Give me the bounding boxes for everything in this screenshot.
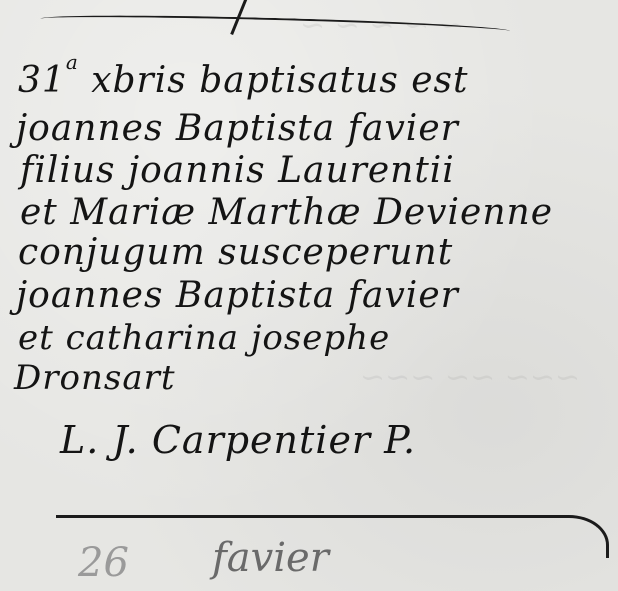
margin-surname-annotation: favier <box>212 535 329 581</box>
bleed-through-text: ~~~ ~~ ~~~ <box>360 360 580 395</box>
document-page: ~ ~ ~ ~ ~ ~~~ ~~ ~~~ 31a xbris baptisatu… <box>0 0 618 591</box>
record-line-6: joannes Baptista favier <box>16 275 459 316</box>
top-separator-line <box>40 12 510 38</box>
margin-record-number: 26 <box>78 540 129 586</box>
record-line-2: joannes Baptista favier <box>16 108 459 149</box>
record-line-4: et Mariæ Marthæ Devienne <box>20 192 553 233</box>
record-line-5: conjugum susceperunt <box>18 232 453 273</box>
priest-signature: L. J. Carpentier P. <box>60 418 416 462</box>
record-line-text: xbris baptisatus est <box>91 60 468 101</box>
record-line-1: 31a xbris baptisatus est <box>18 60 468 101</box>
record-day-superscript: a <box>66 50 79 74</box>
record-line-8: Dronsart <box>14 358 176 398</box>
record-line-7: et catharina josephe <box>18 318 390 358</box>
record-line-3: filius joannis Laurentii <box>20 150 455 191</box>
bottom-separator-line <box>56 515 609 558</box>
record-day: 31 <box>18 60 66 101</box>
